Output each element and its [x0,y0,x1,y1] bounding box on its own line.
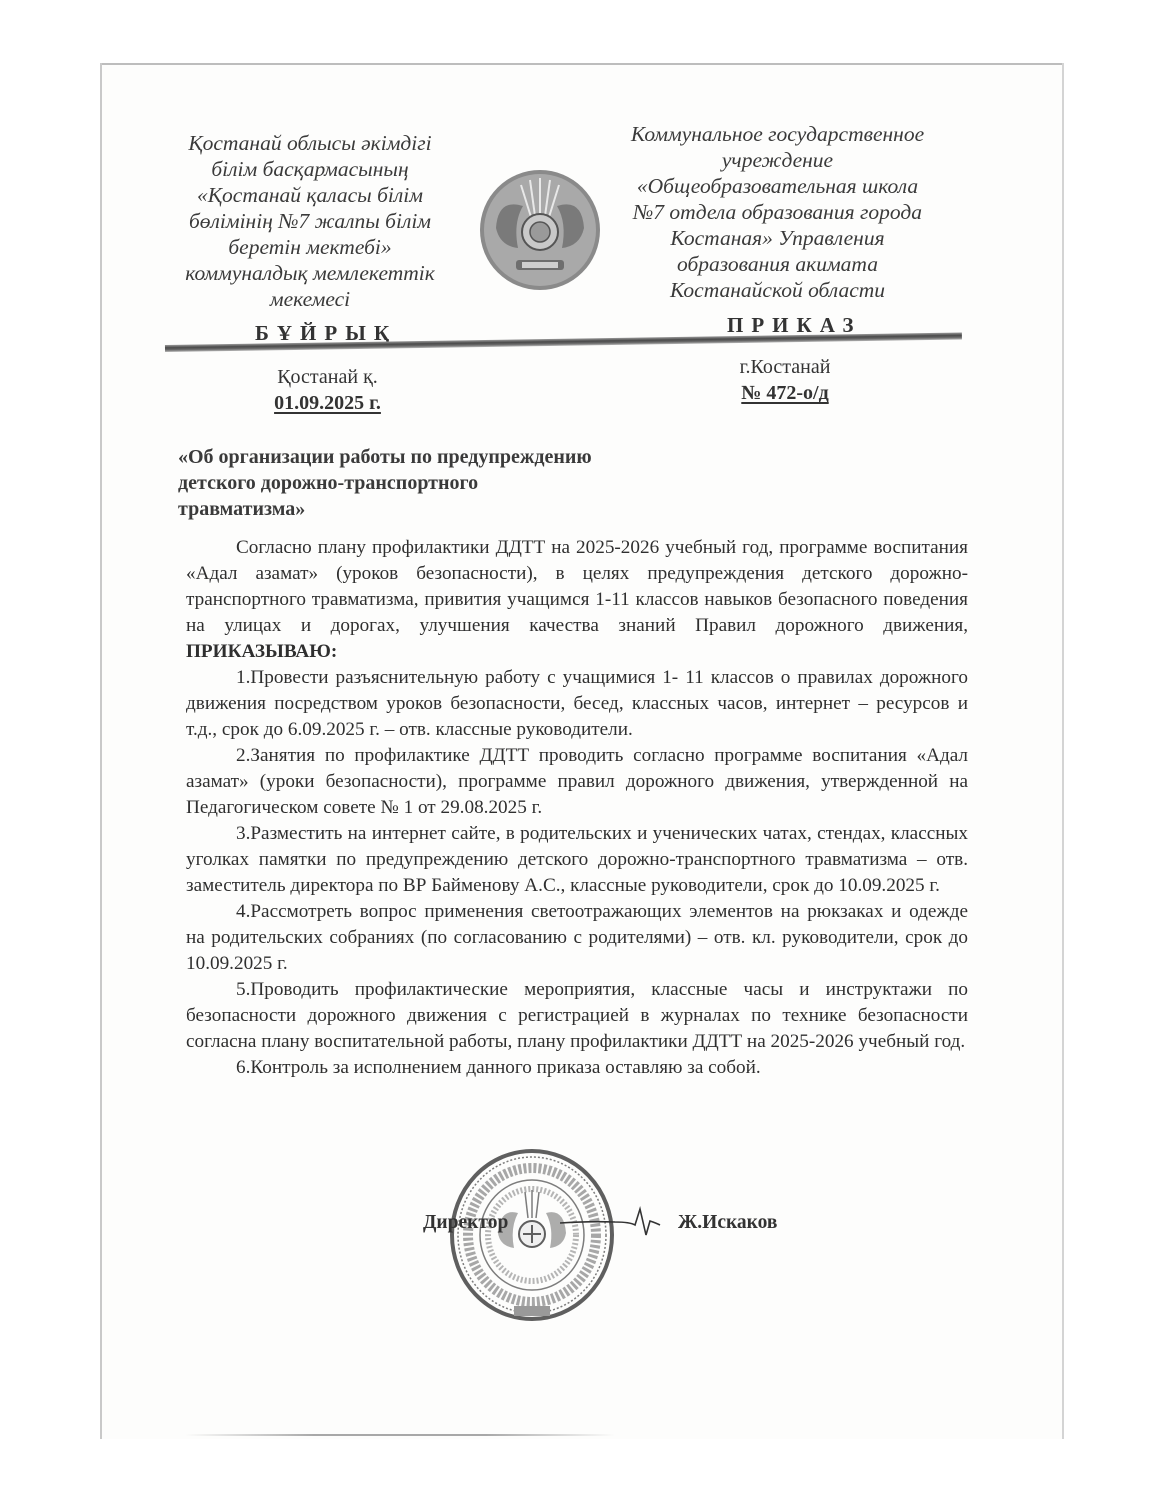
preamble-paragraph: Согласно плану профилактики ДДТТ на 2025… [186,535,968,665]
header-right-line: №7 отдела образования города [605,199,950,225]
header-right-line: образования акимата [605,251,950,277]
order-title: «Об организации работы по предупреждению… [178,444,678,522]
place-russian: г.Костанай [720,354,850,380]
header-right-line: Костаная» Управления [605,225,950,251]
signatory-role: Директор [423,1212,508,1234]
header-right-line: учреждение [605,147,950,173]
order-item: 6.Контроль за исполнением данного приказ… [186,1055,968,1081]
order-body: Согласно плану профилактики ДДТТ на 2025… [186,535,968,1081]
order-date: 01.09.2025 г. [255,390,400,416]
header-right-line: Коммунальное государственное [605,121,950,147]
order-number: № 472-о/д [720,380,850,406]
order-item: 3.Разместить на интернет сайте, в родите… [186,821,968,899]
signatory-name: Ж.Искаков [678,1212,777,1234]
order-item: 5.Проводить профилактические мероприятия… [186,977,968,1055]
header-left-line: беретін мектебі» [150,234,470,260]
place-date-left: Қостанай қ. 01.09.2025 г. [255,364,400,416]
header-left-line: білім басқармасының [150,156,470,182]
place-kazakh: Қостанай қ. [255,364,400,390]
header-left-line: мекемесі [150,286,470,312]
header-left-line: бөлімінің №7 жалпы білім [150,208,470,234]
order-title-line: травматизма» [178,496,678,522]
header-right-russian: Коммунальное государственное учреждение … [605,121,950,303]
header-right-line: «Общеобразовательная школа [605,173,950,199]
header-left-kazakh: Қостанай облысы әкімдігі білім басқармас… [150,130,470,312]
header-left-line: «Қостанай қаласы білім [150,182,470,208]
place-number-right: г.Костанай № 472-о/д [720,354,850,406]
order-title-line: детского дорожно-транспортного [178,470,678,496]
order-title-line: «Об организации работы по предупреждению [178,444,678,470]
order-item: 1.Провести разъяснительную работу с учащ… [186,665,968,743]
state-emblem-icon [478,168,602,292]
preamble-text: Согласно плану профилактики ДДТТ на 2025… [186,537,968,636]
signature-mark [560,1195,675,1240]
header-left-line: коммуналдық мемлекеттік [150,260,470,286]
order-item: 4.Рассмотреть вопрос применения светоотр… [186,899,968,977]
header-right-line: Костанайской области [605,277,950,303]
page-edge-shadow [185,1434,615,1436]
order-keyword: ПРИКАЗЫВАЮ: [186,641,337,662]
header-left-line: Қостанай облысы әкімдігі [150,130,470,156]
order-item: 2.Занятия по профилактике ДДТТ проводить… [186,743,968,821]
